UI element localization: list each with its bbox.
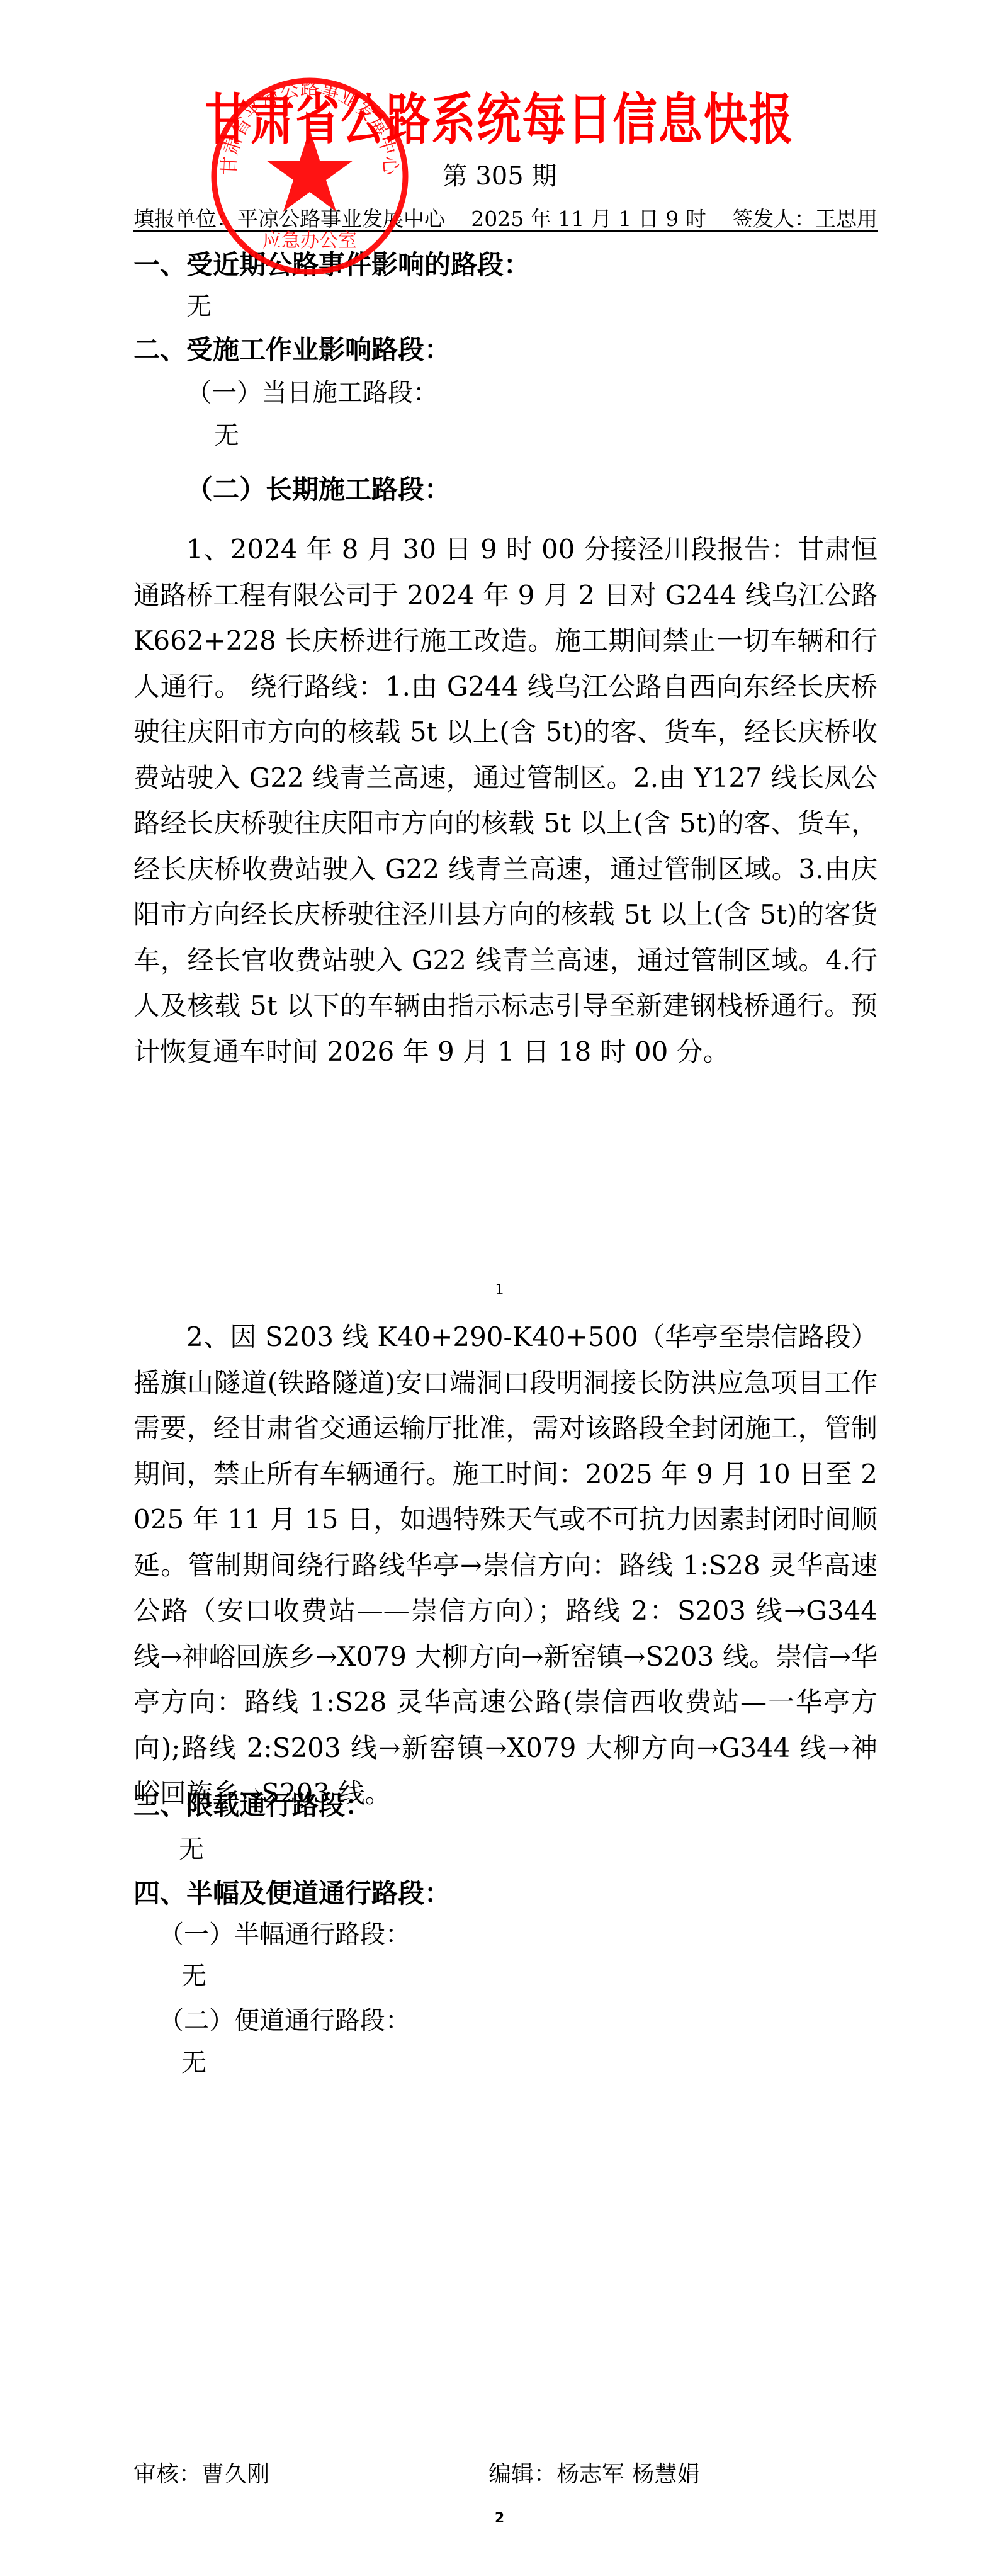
bulletin-title: 甘肃省公路系统每日信息快报 xyxy=(0,76,999,155)
reviewer: 审核：曹久刚 xyxy=(133,2456,269,2488)
meta-row: 填报单位：平凉公路事业发展中心 2025 年 11 月 1 日 9 时 签发人：… xyxy=(133,203,878,232)
report-datetime: 2025 年 11 月 1 日 9 时 xyxy=(471,203,706,232)
section-1-content: 无 xyxy=(186,286,212,322)
section-4-sub2-content: 无 xyxy=(181,2043,206,2079)
long-term-item-1: 1、2024 年 8 月 30 日 9 时 00 分接泾川段报告：甘肃恒通路桥工… xyxy=(133,527,878,1075)
section-4-heading: 四、半幅及便道通行路段： xyxy=(133,1873,451,1911)
page-number-1: 1 xyxy=(0,1282,999,1298)
section-4-sub2-heading: （二）便道通行路段： xyxy=(159,2001,410,2037)
section-2-sub1-heading: （一）当日施工路段： xyxy=(186,373,438,409)
section-4-sub1-content: 无 xyxy=(181,1956,206,1992)
section-3-heading: 三、限载通行路段： xyxy=(133,1785,371,1822)
section-3-content: 无 xyxy=(179,1829,204,1865)
header-divider xyxy=(133,230,878,232)
editors: 编辑：杨志军 杨慧娟 xyxy=(488,2456,699,2488)
section-2-sub2-heading: （二）长期施工路段： xyxy=(186,469,451,507)
section-2-sub1-content: 无 xyxy=(214,415,239,451)
long-term-item-2: 2、因 S203 线 K40+290-K40+500（华亭至崇信路段）摇旗山隧道… xyxy=(133,1314,878,1817)
section-4-sub1-heading: （一）半幅通行路段： xyxy=(159,1914,410,1950)
issue-number: 第 305 期 xyxy=(0,156,999,192)
reporting-unit: 填报单位：平凉公路事业发展中心 xyxy=(133,203,445,232)
issuer: 签发人：王思用 xyxy=(732,203,878,232)
page-number-2: 2 xyxy=(0,2511,999,2526)
section-2-heading: 二、受施工作业影响路段： xyxy=(133,329,451,367)
section-1-heading: 一、受近期公路事件影响的路段： xyxy=(133,244,530,282)
